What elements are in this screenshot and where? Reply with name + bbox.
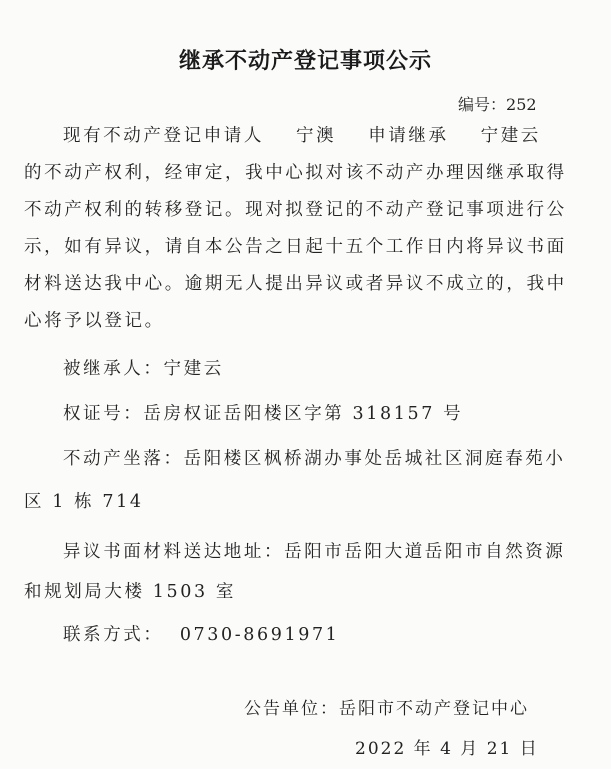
address-field: 异议书面材料送达地址：岳阳市岳阳大道岳阳市自然资源 <box>63 538 566 563</box>
body-line: 的不动产权利，经审定，我中心拟对该不动产办理因继承取得 <box>24 159 567 184</box>
address-field-cont: 和规划局大楼 1503 室 <box>24 578 236 603</box>
serial-label: 编号： <box>458 95 506 114</box>
intro-prefix: 现有不动产登记申请人 <box>63 126 264 146</box>
intro-line: 现有不动产登记申请人宁澳申请继承宁建云 <box>63 122 541 147</box>
location-field: 不动产坐落：岳阳楼区枫桥湖办事处岳城社区洞庭春苑小 <box>63 445 566 470</box>
body-line: 不动产权利的转移登记。现对拟登记的不动产登记事项进行公 <box>24 196 567 221</box>
serial-value: 252 <box>506 95 537 114</box>
decedent-field: 被继承人：宁建云 <box>63 355 224 380</box>
body-line: 心将予以登记。 <box>24 307 165 332</box>
decedent-name: 宁建云 <box>481 126 541 146</box>
location-field-cont: 区 1 栋 714 <box>24 488 144 513</box>
contact-field: 联系方式： 0730-8691971 <box>63 621 339 646</box>
serial-number: 编号：252 <box>458 92 537 115</box>
body-line: 示，如有异议，请自本公告之日起十五个工作日内将异议书面 <box>24 233 567 258</box>
applicant-name: 宁澳 <box>296 126 336 146</box>
intro-mid: 申请继承 <box>368 126 448 146</box>
issuer: 公告单位：岳阳市不动产登记中心 <box>244 694 529 719</box>
document-title: 继承不动产登记事项公示 <box>0 44 611 75</box>
certificate-field: 权证号：岳房权证岳阳楼区字第 318157 号 <box>63 400 463 425</box>
issue-date: 2022 年 4 月 21 日 <box>355 734 539 759</box>
notice-document: 继承不动产登记事项公示 编号：252 现有不动产登记申请人宁澳申请继承宁建云 的… <box>0 0 611 769</box>
body-line: 材料送达我中心。逾期无人提出异议或者异议不成立的，我中 <box>24 270 567 295</box>
